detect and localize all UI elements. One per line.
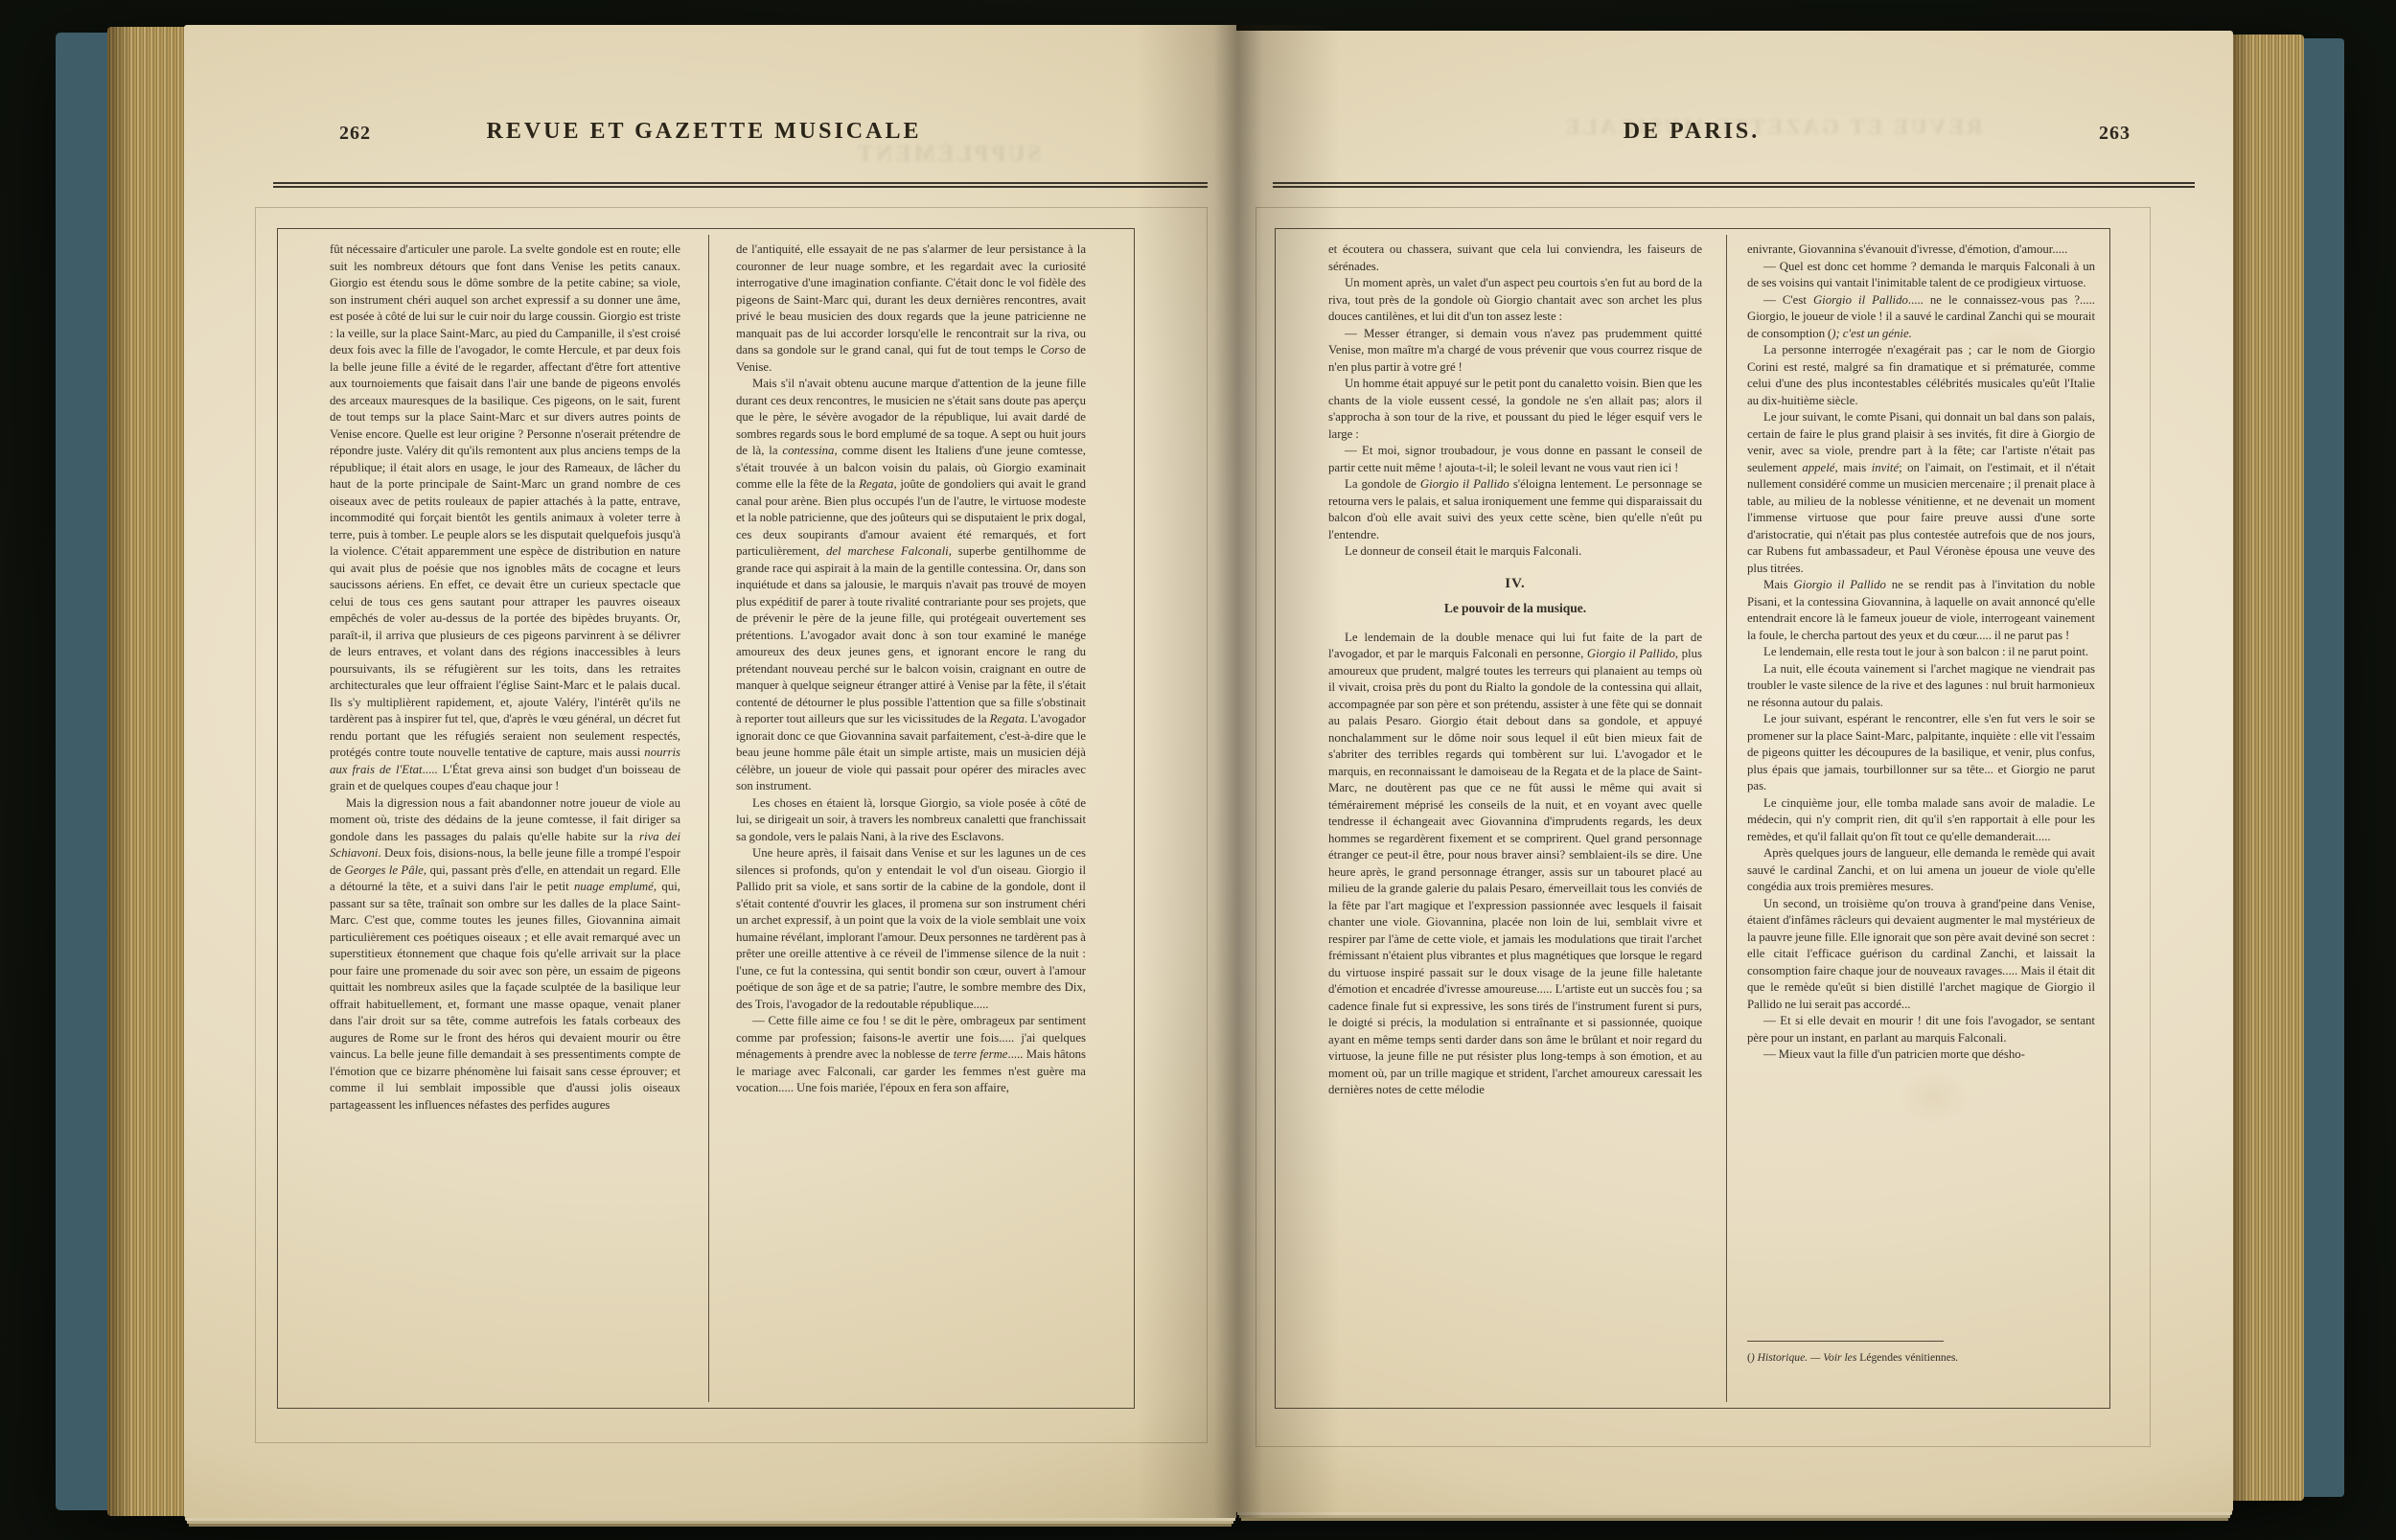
column-divider-left-page [708,235,709,1402]
running-head-rule-left [273,182,1208,188]
show-through-text-left: SUPPLÉMENT [855,142,1041,168]
running-head-rule-right [1273,182,2195,188]
paragraph: — Quel est donc cet homme ? demanda le m… [1747,259,2095,292]
section-title: Le pouvoir de la musique. [1328,600,1702,617]
paragraph: Mais s'il n'avait obtenu aucune marque d… [736,376,1086,795]
page-262: SUPPLÉMENT 262 REVUE ET GAZETTE MUSICALE… [184,25,1236,1518]
paragraph: — Cette fille aime ce fou ! se dit le pè… [736,1013,1086,1097]
paragraph: Une heure après, il faisait dans Venise … [736,845,1086,1013]
paragraph: La gondole de Giorgio il Pallido s'éloig… [1328,476,1702,543]
page-block-edge-left [107,27,188,1516]
paragraph: Le lendemain, elle resta tout le jour à … [1747,644,2095,661]
paragraph: Un moment après, un valet d'un aspect pe… [1328,275,1702,326]
paragraph: Le jour suivant, espérant le rencontrer,… [1747,711,2095,795]
paragraph: — Mieux vaut la fille d'un patricien mor… [1747,1046,2095,1064]
paragraph: enivrante, Giovannina s'évanouit d'ivres… [1747,241,2095,259]
paragraph: La nuit, elle écouta vainement si l'arch… [1747,661,2095,712]
right-page-column-1: et écoutera ou chassera, suivant que cel… [1328,241,1702,1398]
text-frame-left: fût nécessaire d'articuler une parole. L… [277,228,1135,1409]
paragraph: — Messer étranger, si demain vous n'avez… [1328,326,1702,377]
running-head-left: REVUE ET GAZETTE MUSICALE [275,119,1133,145]
paragraph: et écoutera ou chassera, suivant que cel… [1328,241,1702,275]
paragraph: Mais la digression nous a fait abandonne… [330,795,680,1115]
text-frame-right: et écoutera ou chassera, suivant que cel… [1275,228,2110,1409]
paragraph: fût nécessaire d'articuler une parole. L… [330,241,680,795]
paragraph: La personne interrogée n'exagérait pas ;… [1747,342,2095,409]
paragraph: de l'antiquité, elle essayait de ne pas … [736,241,1086,376]
paragraph: Un second, un troisième qu'on trouva à g… [1747,896,2095,1014]
running-head-right: DE PARIS. [1275,119,2108,145]
footnote-separator [1747,1341,1944,1342]
footnote: () Historique. — Voir les Légendes vénit… [1747,1341,2095,1365]
paragraph: — C'est Giorgio il Pallido..... ne le co… [1747,292,2095,343]
right-page-column-2: enivrante, Giovannina s'évanouit d'ivres… [1747,241,2095,1334]
section-number: IV. [1328,576,1702,593]
book-board-marbled-left [56,33,111,1510]
paragraph: Le jour suivant, le comte Pisani, qui do… [1747,409,2095,577]
paragraph: Le cinquième jour, elle tomba malade san… [1747,795,2095,846]
paragraph: Un homme était appuyé sur le petit pont … [1328,376,1702,443]
left-page-column-1: fût nécessaire d'articuler une parole. L… [330,241,680,1398]
paragraph: Le donneur de conseil était le marquis F… [1328,543,1702,561]
book: SUPPLÉMENT 262 REVUE ET GAZETTE MUSICALE… [56,25,2344,1518]
left-page-column-2: de l'antiquité, elle essayait de ne pas … [736,241,1086,1398]
paragraph: Le lendemain de la double menace qui lui… [1328,630,1702,1099]
paragraph: Après quelques jours de langueur, elle d… [1747,845,2095,896]
paragraph: — Et si elle devait en mourir ! dit une … [1747,1013,2095,1046]
page-263: REVUE ET GAZETTE MUSICALE DE PARIS. 263 … [1236,31,2233,1512]
page-block-edge-right [2229,34,2304,1501]
footnote-text: () Historique. — Voir les Légendes vénit… [1747,1350,2095,1365]
book-board-marbled-right [2300,38,2344,1497]
paragraph: — Et moi, signor troubadour, je vous don… [1328,443,1702,476]
page-number-263: 263 [2099,123,2131,145]
paragraph: Mais Giorgio il Pallido ne se rendit pas… [1747,577,2095,644]
paragraph: Les choses en étaient là, lorsque Giorgi… [736,795,1086,846]
column-divider-right-page [1726,235,1727,1402]
